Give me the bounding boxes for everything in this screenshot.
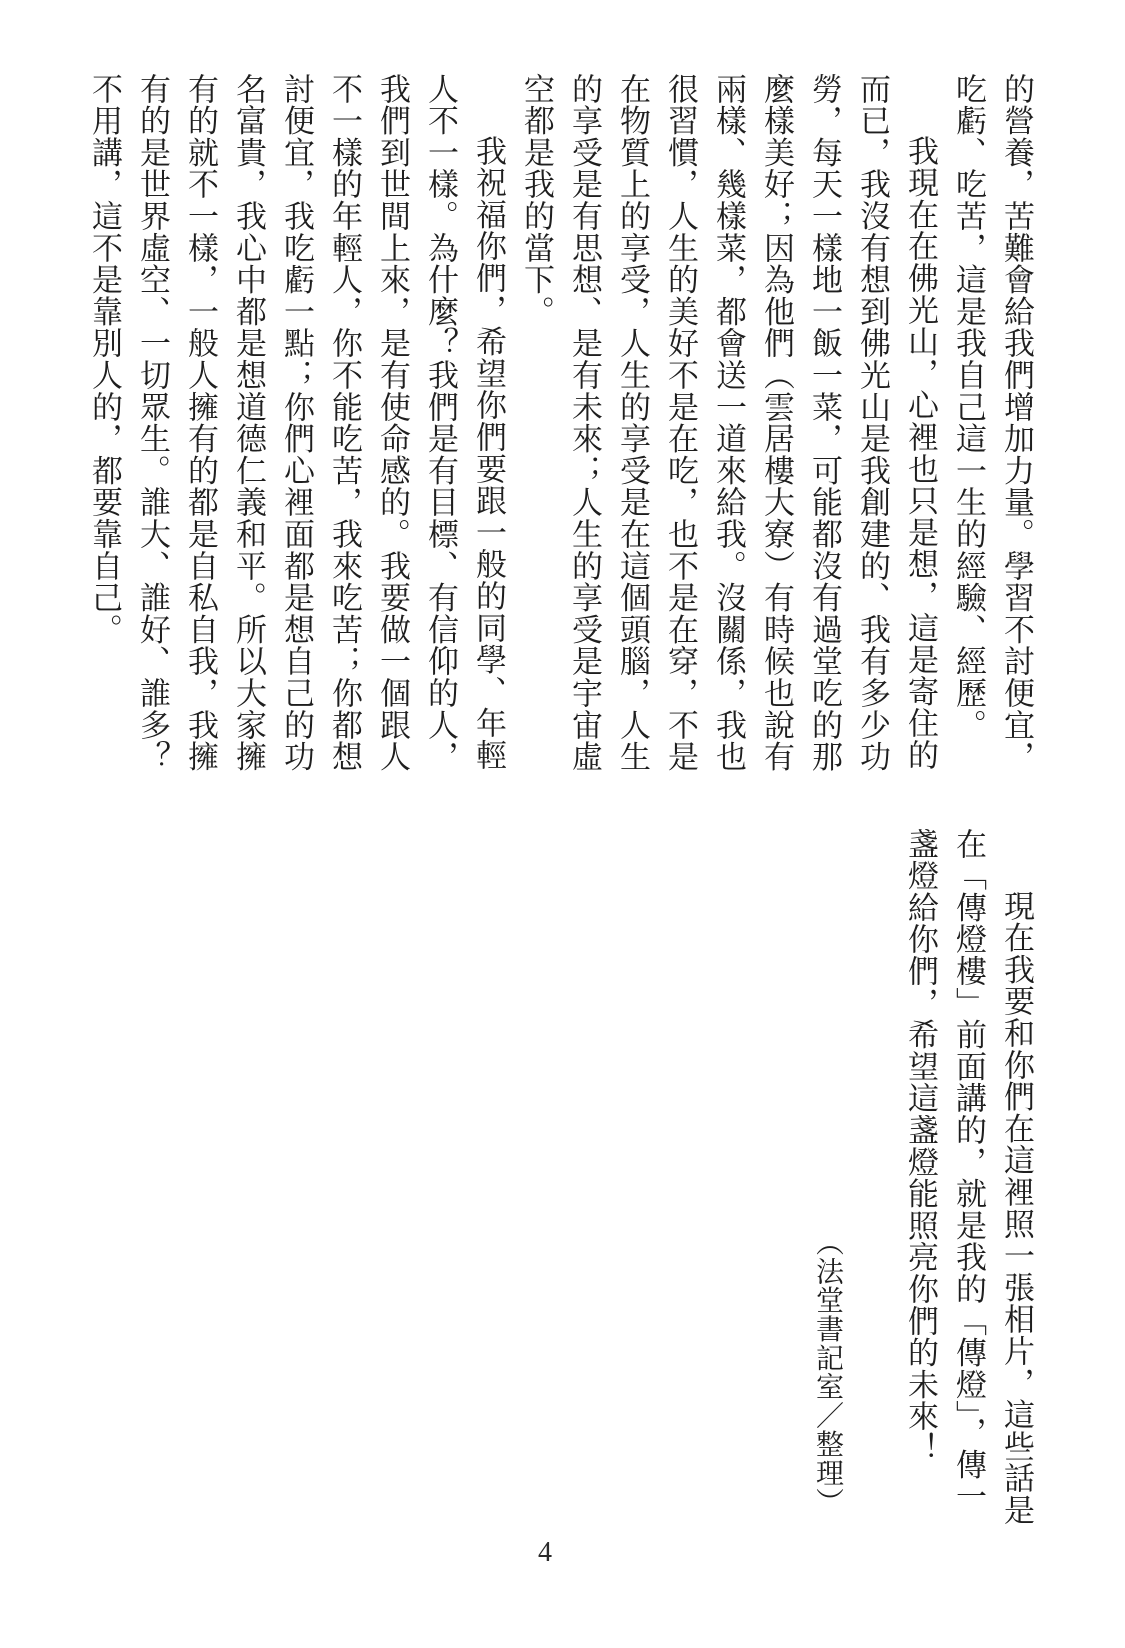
closing-text-block: 現在我要和你們在這裡照一張相片，這些話是在「傳燈樓」前面講的，就是我的「傳燈」，… <box>896 828 1040 1530</box>
attribution-line: （法堂書記室／整理） <box>809 1228 845 1528</box>
paragraph-continuation: 的營養，苦難會給我們增加力量。學習不討便宜，吃虧、吃苦，這是我自己這一生的經驗、… <box>944 73 1040 775</box>
closing-paragraph: 現在我要和你們在這裡照一張相片，這些話是在「傳燈樓」前面講的，就是我的「傳燈」，… <box>896 828 1040 1530</box>
page-number: 4 <box>515 1537 575 1569</box>
main-text-block: 的營養，苦難會給我們增加力量。學習不討便宜，吃虧、吃苦，這是我自己這一生的經驗、… <box>80 73 1040 775</box>
paragraph: 我祝福你們，希望你們要跟一般的同學、年輕人不一樣。為什麼？我們是有目標、有信仰的… <box>80 73 512 775</box>
book-page: 的營養，苦難會給我們增加力量。學習不討便宜，吃虧、吃苦，這是我自己這一生的經驗、… <box>0 0 1125 1648</box>
paragraph: 我現在在佛光山，心裡也只是想，這是寄住的而已，我沒有想到佛光山是我創建的、我有多… <box>512 73 944 775</box>
